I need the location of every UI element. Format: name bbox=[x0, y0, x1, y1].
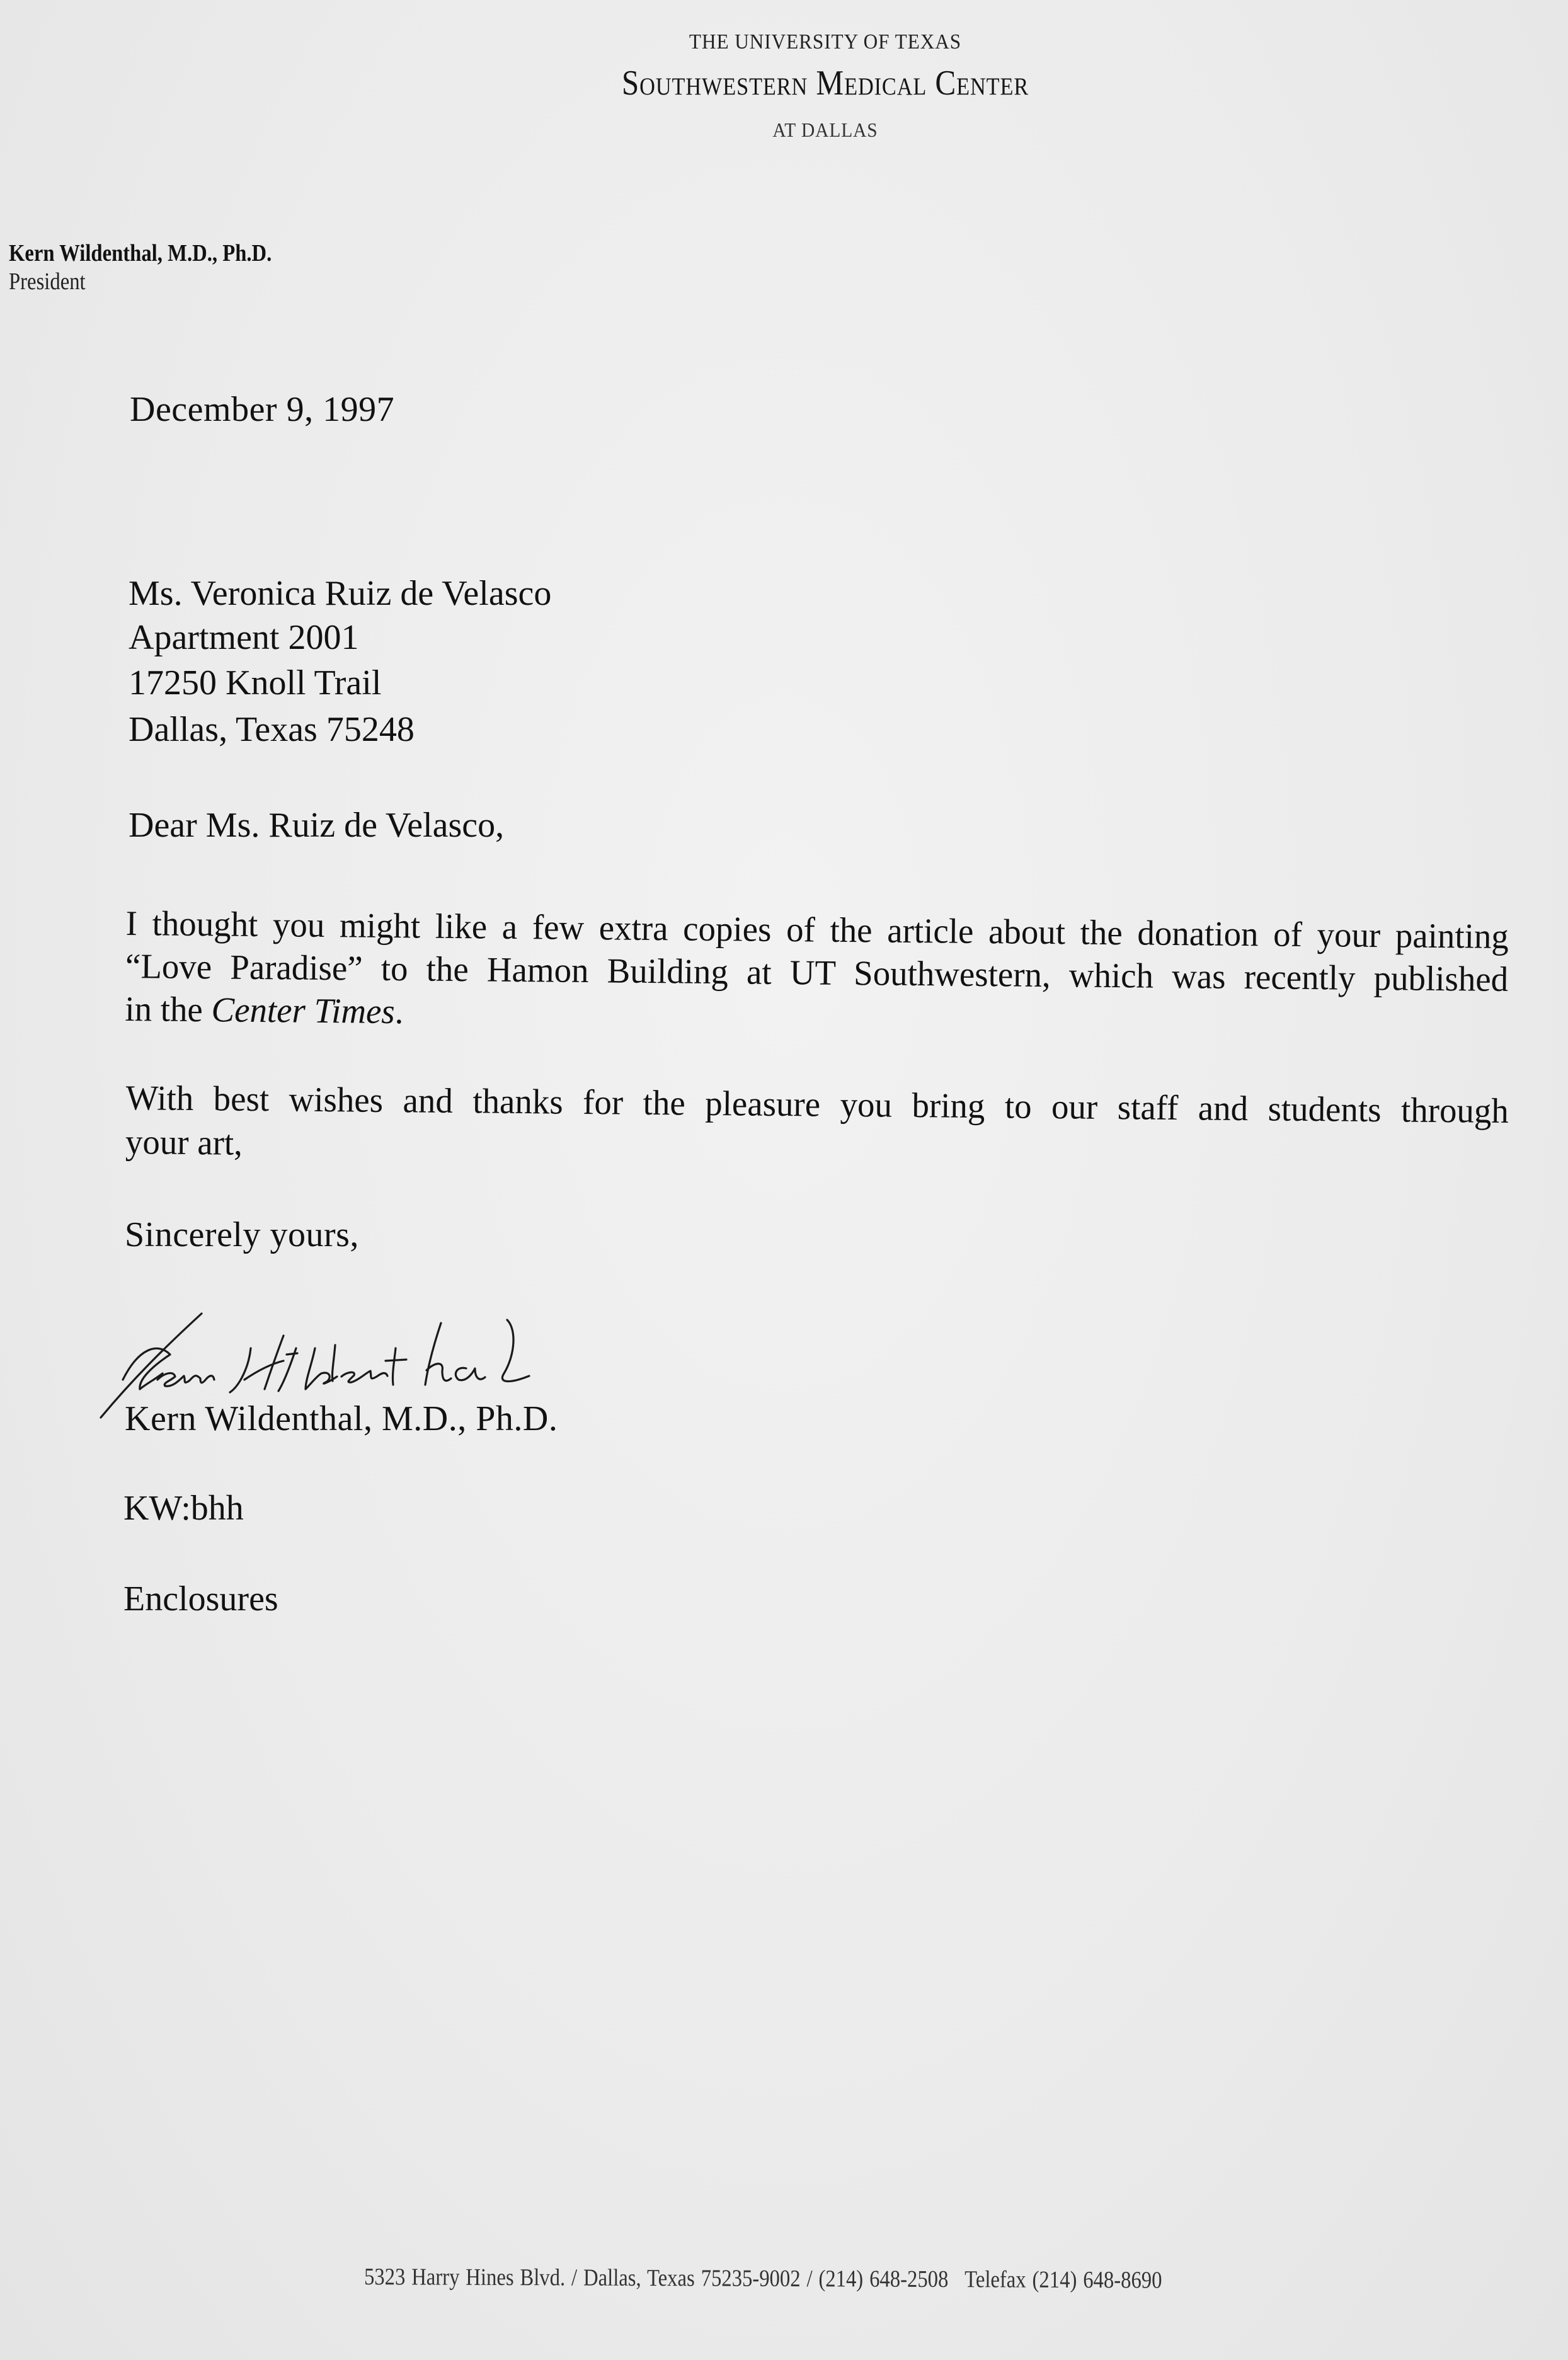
enclosures-note: Enclosures bbox=[123, 1579, 278, 1619]
body-paragraph-2: With best wishes and thanks for the plea… bbox=[125, 1076, 1509, 1177]
paragraph-text: in the bbox=[125, 990, 212, 1029]
publication-title: Center Times bbox=[211, 990, 395, 1031]
footer-telefax: Telefax (214) 648-8690 bbox=[964, 2266, 1162, 2293]
typist-initials: KW:bhh bbox=[123, 1488, 244, 1528]
sender-title: President bbox=[9, 268, 86, 295]
closing: Sincerely yours, bbox=[125, 1215, 359, 1255]
letter-page: THE UNIVERSITY OF TEXAS Southwestern Med… bbox=[0, 0, 1568, 2360]
body-paragraph-1: I thought you might like a few extra cop… bbox=[125, 902, 1509, 1044]
recipient-name: Ms. Veronica Ruiz de Velasco bbox=[129, 573, 551, 614]
salutation: Dear Ms. Ruiz de Velasco, bbox=[129, 805, 504, 845]
footer-address: 5323 Harry Hines Blvd. / Dallas, Texas 7… bbox=[364, 2264, 949, 2293]
recipient-address-line: Dallas, Texas 75248 bbox=[129, 709, 415, 750]
letter-date: December 9, 1997 bbox=[130, 389, 394, 430]
letterhead-footer: 5323 Harry Hines Blvd. / Dallas, Texas 7… bbox=[364, 2263, 1162, 2294]
letterhead-location: AT DALLAS bbox=[66, 118, 1568, 142]
recipient-address-line: Apartment 2001 bbox=[129, 617, 358, 658]
letterhead-institution: Southwestern Medical Center bbox=[99, 63, 1552, 103]
sender-name: Kern Wildenthal, M.D., Ph.D. bbox=[9, 239, 272, 267]
letterhead-university: THE UNIVERSITY OF TEXAS bbox=[66, 30, 1568, 54]
paragraph-text: . bbox=[394, 992, 403, 1031]
recipient-address-line: 17250 Knoll Trail bbox=[129, 663, 381, 703]
signer-name: Kern Wildenthal, M.D., Ph.D. bbox=[125, 1399, 558, 1439]
